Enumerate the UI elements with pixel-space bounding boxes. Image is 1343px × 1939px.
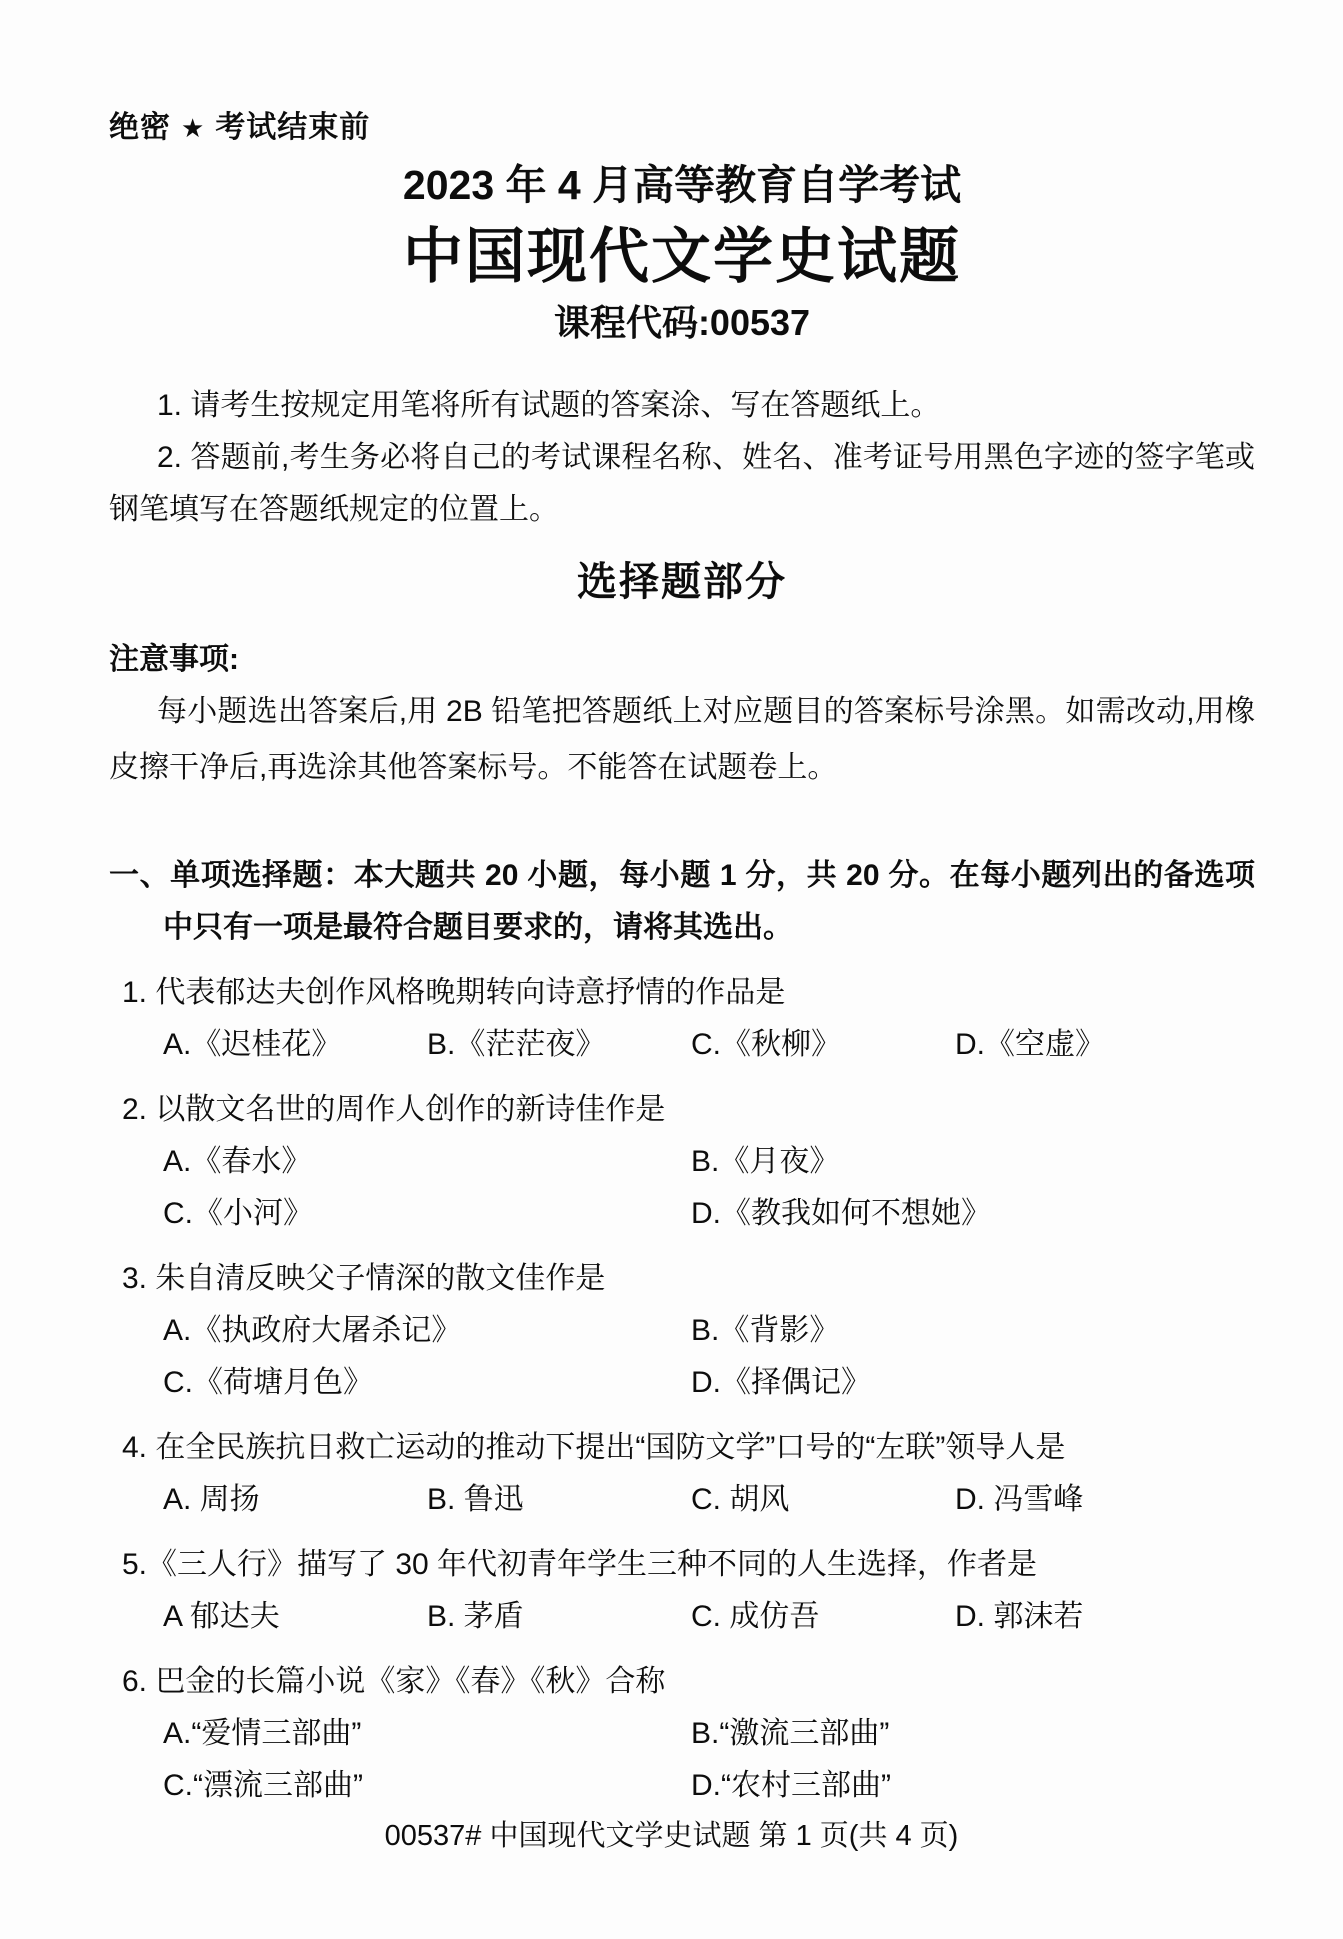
course-code: 课程代码:00537 [109, 298, 1255, 348]
option-c: C.《小河》 [163, 1188, 691, 1240]
general-instructions: 1. 请考生按规定用笔将所有试题的答案涂、写在答题纸上。 2. 答题前,考生务必… [109, 380, 1255, 536]
option-b: B.《背影》 [691, 1305, 1255, 1357]
question-text: 5.《三人行》描写了 30 年代初青年学生三种不同的人生选择，作者是 [122, 1539, 1255, 1591]
option-a: A.《迟桂花》 [163, 1019, 427, 1071]
notice-label: 注意事项: [109, 640, 1255, 680]
security-suffix: 考试结束前 [215, 111, 370, 144]
security-classification: 绝密★考试结束前 [109, 108, 1255, 148]
question-options: A 郁达夫 B. 茅盾 C. 成仿吾 D. 郭沫若 [163, 1591, 1255, 1643]
option-c: C.《秋柳》 [691, 1019, 955, 1071]
option-c: C.“漂流三部曲” [163, 1760, 691, 1812]
option-a: A. 周扬 [163, 1474, 427, 1526]
notice-text: 每小题选出答案后,用 2B 铅笔把答题纸上对应题目的答案标号涂黑。如需改动,用橡… [109, 684, 1255, 796]
section-title: 选择题部分 [109, 554, 1255, 610]
option-d: D. 冯雪峰 [955, 1474, 1255, 1526]
option-d: D.《空虚》 [955, 1019, 1255, 1071]
question-options: A.《春水》 B.《月夜》 C.《小河》 D.《教我如何不想她》 [163, 1136, 1255, 1240]
part-one-heading: 一、单项选择题：本大题共 20 小题，每小题 1 分，共 20 分。在每小题列出… [109, 850, 1255, 954]
question-options: A. 周扬 B. 鲁迅 C. 胡风 D. 冯雪峰 [163, 1474, 1255, 1526]
option-b: B. 茅盾 [427, 1591, 691, 1643]
option-d: D.“农村三部曲” [691, 1760, 1255, 1812]
instruction-item: 2. 答题前,考生务必将自己的考试课程名称、姓名、准考证号用黑色字迹的签字笔或钢… [109, 432, 1255, 536]
option-a: A.《执政府大屠杀记》 [163, 1305, 691, 1357]
question-2: 2. 以散文名世的周作人创作的新诗佳作是 A.《春水》 B.《月夜》 C.《小河… [109, 1084, 1255, 1240]
question-text: 2. 以散文名世的周作人创作的新诗佳作是 [122, 1084, 1255, 1136]
page-footer: 00537# 中国现代文学史试题 第 1 页(共 4 页) [0, 1816, 1343, 1856]
option-a: A.《春水》 [163, 1136, 691, 1188]
question-options: A.《迟桂花》 B.《茫茫夜》 C.《秋柳》 D.《空虚》 [163, 1019, 1255, 1071]
question-text: 4. 在全民族抗日救亡运动的推动下提出“国防文学”口号的“左联”领导人是 [122, 1422, 1255, 1474]
question-text: 3. 朱自清反映父子情深的散文佳作是 [122, 1253, 1255, 1305]
option-a: A.“爱情三部曲” [163, 1708, 691, 1760]
option-b: B.《茫茫夜》 [427, 1019, 691, 1071]
exam-session-title: 2023 年 4 月高等教育自学考试 [109, 154, 1255, 216]
option-b: B.“激流三部曲” [691, 1708, 1255, 1760]
option-c: C. 胡风 [691, 1474, 955, 1526]
star-icon: ★ [171, 108, 215, 148]
option-a: A 郁达夫 [163, 1591, 427, 1643]
question-options: A.“爱情三部曲” B.“激流三部曲” C.“漂流三部曲” D.“农村三部曲” [163, 1708, 1255, 1812]
question-3: 3. 朱自清反映父子情深的散文佳作是 A.《执政府大屠杀记》 B.《背影》 C.… [109, 1253, 1255, 1409]
option-b: B.《月夜》 [691, 1136, 1255, 1188]
exam-paper-page: 绝密★考试结束前 2023 年 4 月高等教育自学考试 中国现代文学史试题 课程… [0, 0, 1343, 1939]
question-1: 1. 代表郁达夫创作风格晚期转向诗意抒情的作品是 A.《迟桂花》 B.《茫茫夜》… [109, 967, 1255, 1071]
exam-paper-title: 中国现代文学史试题 [109, 216, 1255, 298]
option-b: B. 鲁迅 [427, 1474, 691, 1526]
question-text: 6. 巴金的长篇小说《家》《春》《秋》合称 [122, 1656, 1255, 1708]
question-5: 5.《三人行》描写了 30 年代初青年学生三种不同的人生选择，作者是 A 郁达夫… [109, 1539, 1255, 1643]
security-prefix: 绝密 [109, 111, 171, 144]
option-d: D. 郭沫若 [955, 1591, 1255, 1643]
question-6: 6. 巴金的长篇小说《家》《春》《秋》合称 A.“爱情三部曲” B.“激流三部曲… [109, 1656, 1255, 1812]
option-c: C.《荷塘月色》 [163, 1357, 691, 1409]
question-list: 1. 代表郁达夫创作风格晚期转向诗意抒情的作品是 A.《迟桂花》 B.《茫茫夜》… [109, 967, 1255, 1812]
option-c: C. 成仿吾 [691, 1591, 955, 1643]
question-options: A.《执政府大屠杀记》 B.《背影》 C.《荷塘月色》 D.《择偶记》 [163, 1305, 1255, 1409]
question-text: 1. 代表郁达夫创作风格晚期转向诗意抒情的作品是 [122, 967, 1255, 1019]
instruction-item: 1. 请考生按规定用笔将所有试题的答案涂、写在答题纸上。 [109, 380, 1255, 432]
option-d: D.《择偶记》 [691, 1357, 1255, 1409]
option-d: D.《教我如何不想她》 [691, 1188, 1255, 1240]
question-4: 4. 在全民族抗日救亡运动的推动下提出“国防文学”口号的“左联”领导人是 A. … [109, 1422, 1255, 1526]
